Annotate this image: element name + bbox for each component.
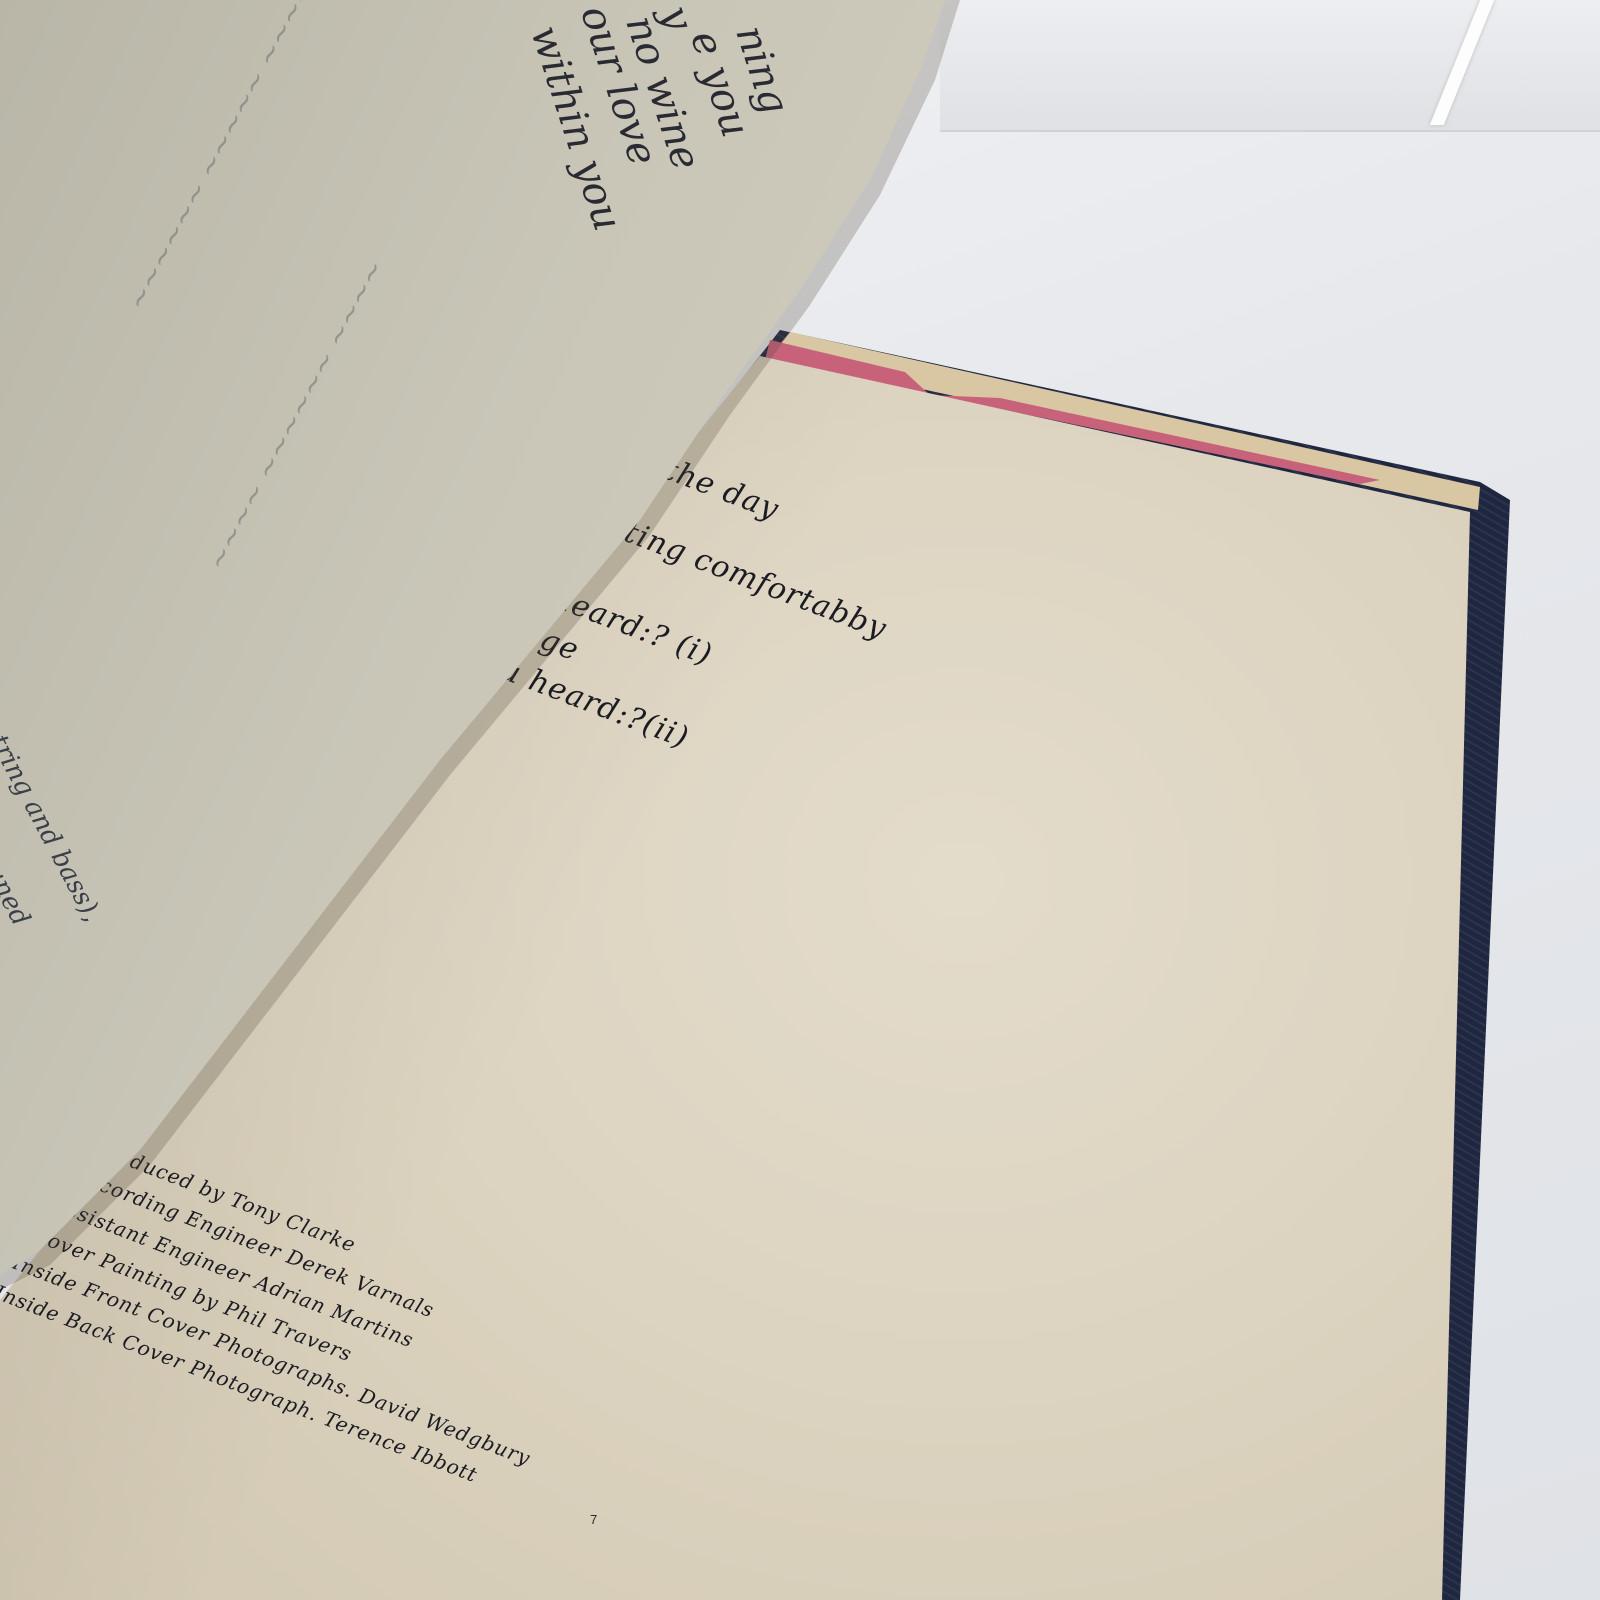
page-number: 7 [590, 1512, 597, 1527]
backdrop-panel [940, 0, 1600, 132]
photo-scene: the day tting comfortabby heard:? (i) ag… [0, 0, 1600, 1600]
